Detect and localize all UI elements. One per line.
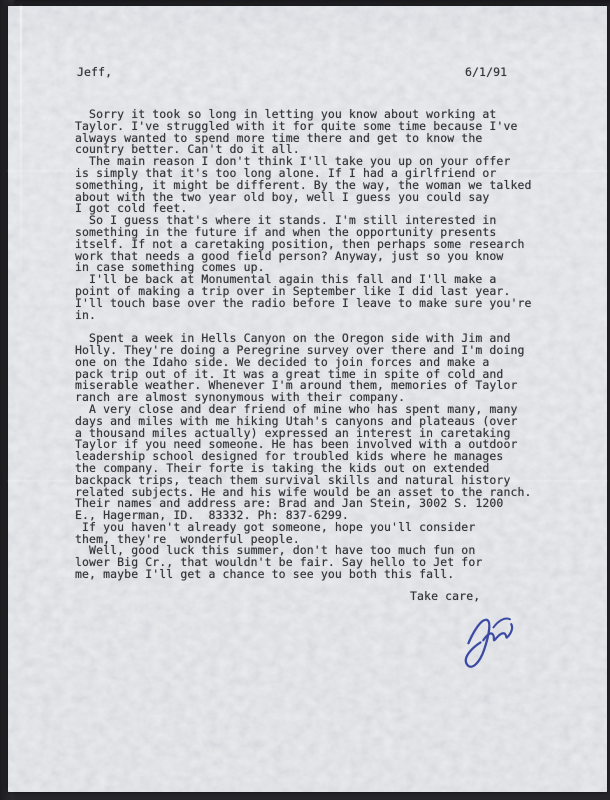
- signature: [448, 600, 525, 673]
- letter-page: Jeff, 6/1/91 Sorry it took so long in le…: [8, 6, 607, 792]
- fold-crease-vertical: [20, 6, 22, 346]
- scanned-letter: Jeff, 6/1/91 Sorry it took so long in le…: [0, 0, 610, 800]
- letter-date: 6/1/91: [465, 67, 507, 79]
- letter-body: Sorry it took so long in letting you kno…: [75, 109, 532, 604]
- closing: Take care,: [410, 591, 480, 603]
- signature-stroke-flourish: [493, 618, 511, 627]
- salutation: Jeff,: [77, 67, 112, 79]
- signature-stroke-j: [463, 620, 492, 668]
